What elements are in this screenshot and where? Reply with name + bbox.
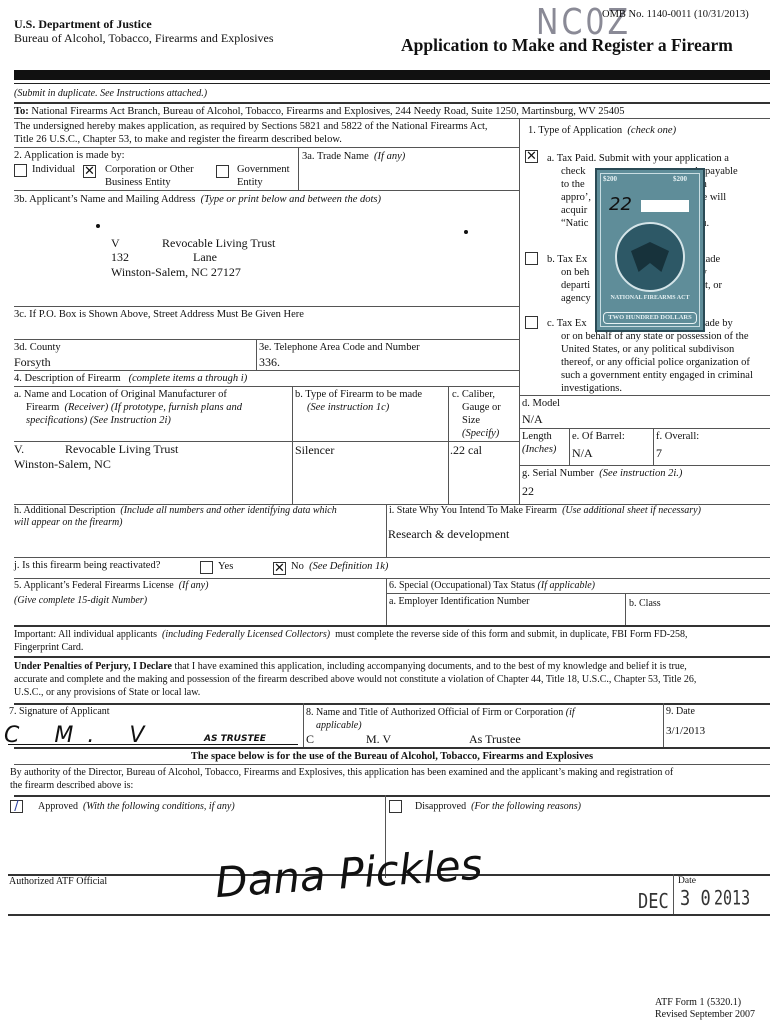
to-line: To: National Firearms Act Branch, Bureau…	[14, 105, 625, 118]
important-text: Fingerprint Card.	[14, 641, 770, 654]
manufacturer-value: Revocable Living Trust	[65, 442, 178, 457]
atf-use-banner: The space below is for the use of the Bu…	[14, 750, 770, 763]
overall-length-label: f. Overall:	[656, 430, 699, 443]
corporation-label: Corporation or Other Business Entity	[105, 163, 215, 189]
divider	[292, 386, 293, 504]
stamp-value-left: $200	[603, 175, 617, 184]
undersigned-line1: The undersigned hereby makes application…	[14, 120, 488, 133]
reactivated-no-label: No (See Definition 1k)	[291, 560, 388, 573]
disapproved-label: Disapproved (For the following reasons)	[415, 801, 581, 814]
type-hint: (See instruction 1c)	[295, 401, 422, 414]
divider	[519, 465, 770, 466]
tax-paid-checkbox[interactable]: ✕	[525, 150, 538, 163]
government-label: Government Entity	[237, 163, 297, 189]
serial-value: 22	[522, 484, 534, 499]
item3b-label: 3b. Applicant’s Name and Mailing Address…	[14, 193, 381, 206]
address-hint: (Type or print below and between the dot…	[201, 194, 381, 205]
omb-number: OMB No. 1140-0011 (10/31/2013)	[602, 8, 749, 21]
individual-label: Individual	[32, 163, 75, 176]
caliber-hint: (Specify)	[452, 427, 501, 440]
divider	[653, 428, 654, 465]
item3a-label: 3a. Trade Name (If any)	[302, 150, 405, 163]
divider	[519, 118, 520, 504]
divider	[14, 795, 770, 797]
divider	[256, 339, 257, 370]
divider	[14, 386, 519, 387]
date-stamp-day: 3 0	[680, 887, 711, 913]
stamp-nfa-text: NATIONAL FIREARMS ACT	[605, 295, 695, 303]
sot-hint: (If applicable)	[538, 580, 595, 591]
serial-label-text: g. Serial Number	[522, 468, 594, 479]
to-label: To:	[14, 106, 29, 117]
trade-name-label: 3a. Trade Name	[302, 151, 369, 162]
divider	[8, 914, 770, 916]
divider	[14, 339, 519, 340]
description-label: 4. Description of Firearm	[14, 373, 121, 384]
official-name: M. V	[366, 732, 391, 747]
divider	[386, 504, 387, 557]
stamp-denomination: TWO HUNDRED DOLLARS	[603, 312, 697, 324]
perjury-bold: Under Penalties of Perjury, I Declare	[14, 661, 172, 672]
government-checkbox[interactable]	[216, 165, 229, 178]
item1-label: 1. Type of Application (check one)	[528, 124, 676, 137]
caliber-label: Size	[452, 414, 501, 427]
applicant-signature: C M. V	[4, 722, 158, 750]
approved-label: Approved (With the following conditions,…	[38, 801, 235, 814]
authority-text: the firearm described above is:	[10, 779, 673, 792]
no-label: No	[291, 561, 304, 572]
serial-label: g. Serial Number (See instruction 2i.)	[522, 467, 682, 480]
model-value: N/A	[522, 412, 543, 427]
divider	[569, 428, 570, 465]
date-label: 9. Date	[666, 706, 695, 719]
option-c-line: investigations.	[547, 382, 753, 395]
atf-official-signature: Dana Pickles	[213, 839, 484, 910]
divider	[673, 874, 674, 914]
perjury-text: accurate and complete and the making and…	[14, 673, 770, 686]
stamp-value-right: $200	[673, 175, 687, 184]
ffl-label: 5. Applicant’s Federal Firearms License	[14, 580, 174, 591]
caliber-label: Gauge or	[452, 401, 501, 414]
divider	[14, 625, 770, 627]
definition-hint: (See Definition 1k)	[309, 561, 388, 572]
ffl-hint: (If any)	[179, 580, 209, 591]
length-hint: (Inches)	[522, 443, 556, 456]
perjury-text: U.S.C., or any provisions of State or lo…	[14, 686, 770, 699]
divider	[519, 428, 770, 429]
tax-exempt-c-checkbox[interactable]	[525, 316, 538, 329]
perjury-declaration: Under Penalties of Perjury, I Declare th…	[14, 660, 770, 699]
divider	[14, 557, 770, 558]
official-first-initial: C	[306, 732, 314, 747]
divider	[303, 703, 304, 747]
reactivated-yes-checkbox[interactable]	[200, 561, 213, 574]
option-a-line: a. Tax Paid. Submit with your applicatio…	[547, 152, 738, 165]
reactivated-no-checkbox[interactable]: ✕	[273, 562, 286, 575]
important-note: Important: All individual applicants (in…	[14, 628, 770, 654]
divider	[519, 395, 770, 396]
reason-hint: (Use additional sheet if necessary)	[562, 505, 701, 516]
eagle-seal-icon	[615, 222, 685, 292]
agency-name: U.S. Department of Justice	[14, 17, 152, 32]
important-hint: (including Federally Licensed Collectors…	[162, 629, 330, 640]
divider	[14, 578, 770, 579]
option-c-line: United States, or any political subdivis…	[547, 343, 753, 356]
signature-underline	[8, 744, 298, 745]
authority-text: By authority of the Director, Bureau of …	[10, 766, 673, 779]
address-line2-street: Lane	[193, 250, 217, 265]
class-label: b. Class	[629, 598, 661, 611]
phone-value: 336.	[259, 355, 280, 370]
important-lead: Important: All individual applicants	[14, 629, 157, 640]
manufacturer-label: Firearm	[26, 402, 59, 413]
item5-label: 5. Applicant’s Federal Firearms License …	[14, 580, 208, 593]
item1-hint: (check one)	[627, 125, 676, 136]
form-revision: Revised September 2007	[655, 1009, 755, 1021]
individual-checkbox[interactable]	[14, 164, 27, 177]
tax-exempt-b-checkbox[interactable]	[525, 252, 538, 265]
address-line2-number: 132	[111, 250, 129, 265]
divider	[14, 747, 770, 749]
manufacturer-hint: specifications) (See Instruction 2i)	[14, 414, 242, 427]
item4h-label: h. Additional Description (Include all n…	[14, 505, 337, 529]
divider	[14, 370, 519, 371]
divider	[14, 118, 770, 119]
undersigned-line2: Title 26 U.S.C., Chapter 53, to make and…	[14, 133, 342, 146]
address-line3: Winston-Salem, NC 27127	[111, 265, 241, 280]
corporation-checkbox[interactable]: ✕	[83, 165, 96, 178]
address-line1-prefix: V	[111, 236, 120, 251]
approved-hint: (With the following conditions, if any)	[83, 801, 235, 812]
divider	[14, 306, 519, 307]
dot-marker-left	[96, 224, 100, 228]
divider	[14, 764, 770, 765]
type-label: b. Type of Firearm to be made	[295, 388, 422, 401]
manufacturer-value-prefix: V.	[14, 442, 24, 457]
signature-label: 7. Signature of Applicant	[9, 706, 110, 719]
disapproved-checkbox[interactable]	[389, 800, 402, 813]
form-number: ATF Form 1 (5320.1)	[655, 997, 755, 1009]
redaction-box	[641, 200, 689, 212]
caliber-value: .22 cal	[450, 443, 482, 458]
bureau-name: Bureau of Alcohol, Tobacco, Firearms and…	[14, 31, 274, 46]
official-title: As Trustee	[469, 732, 521, 747]
sot-label: 6. Special (Occupational) Tax Status	[389, 580, 535, 591]
overall-length-value: 7	[656, 446, 662, 461]
county-label: 3d. County	[14, 341, 61, 354]
model-label: d. Model	[522, 397, 560, 410]
divider	[14, 102, 770, 104]
barrel-length-label: e. Of Barrel:	[572, 430, 625, 443]
to-address: National Firearms Act Branch, Bureau of …	[31, 106, 624, 117]
title-rule-thin	[14, 83, 770, 84]
divider	[386, 578, 387, 625]
item1-title: 1. Type of Application	[528, 125, 622, 136]
perjury-text: that I have examined this application, i…	[174, 661, 686, 672]
description-hint: (complete items a through i)	[129, 373, 248, 384]
disapproved-hint: (For the following reasons)	[471, 801, 581, 812]
option-c-line: such a government entity engaged in crim…	[547, 369, 753, 382]
official-name-hint: (if	[566, 707, 575, 718]
length-label: Length	[522, 430, 552, 443]
manufacturer-label: a. Name and Location of Original Manufac…	[14, 388, 242, 401]
date-stamp-month: DEC	[638, 890, 669, 916]
address-label: 3b. Applicant’s Name and Mailing Address	[14, 194, 195, 205]
approved-text: Approved	[38, 801, 78, 812]
manufacturer-location: Winston-Salem, NC	[14, 457, 111, 472]
divider	[663, 703, 664, 747]
submit-note: (Submit in duplicate. See Instructions a…	[14, 88, 207, 101]
nfa-tax-stamp: $200 $200 22 NATIONAL FIREARMS ACT TWO H…	[595, 168, 705, 332]
additional-desc-label: h. Additional Description	[14, 505, 115, 516]
divider	[625, 593, 626, 625]
divider	[14, 656, 770, 658]
reactivated-label: j. Is this firearm being reactivated?	[14, 559, 160, 572]
item4a-label: a. Name and Location of Original Manufac…	[14, 388, 242, 427]
official-name-hint: applicable)	[306, 719, 575, 732]
divider	[448, 386, 449, 504]
date-stamp-year: 2013	[714, 886, 750, 910]
divider	[14, 190, 519, 191]
item6-label: 6. Special (Occupational) Tax Status (If…	[389, 580, 595, 593]
address-line1: Revocable Living Trust	[162, 236, 275, 251]
approved-checkbox[interactable]: /	[10, 800, 23, 813]
reactivated-yes-label: Yes	[218, 560, 233, 573]
barrel-length-value: N/A	[572, 446, 593, 461]
item4c-label: c. Caliber, Gauge or Size (Specify)	[452, 388, 501, 440]
item4-label: 4. Description of Firearm (complete item…	[14, 372, 247, 385]
reason-label: i. State Why You Intend To Make Firearm	[389, 505, 557, 516]
atf-authority: By authority of the Director, Bureau of …	[10, 766, 673, 792]
dot-marker-right	[464, 230, 468, 234]
option-c-line: thereof, or any official police organiza…	[547, 356, 753, 369]
item3c-label: 3c. If P.O. Box is Shown Above, Street A…	[14, 308, 304, 321]
form-footer: ATF Form 1 (5320.1) Revised September 20…	[655, 997, 755, 1021]
ffl-sub-hint: (Give complete 15-digit Number)	[14, 595, 147, 608]
important-text: must complete the reverse side of this f…	[335, 629, 687, 640]
item2-label: 2. Application is made by:	[14, 149, 125, 162]
additional-desc-hint: (Include all numbers and other identifyi…	[120, 505, 336, 516]
atf-official-label: Authorized ATF Official	[9, 876, 107, 889]
phone-label: 3e. Telephone Area Code and Number	[259, 341, 420, 354]
official-name-label: 8. Name and Title of Authorized Official…	[306, 707, 563, 718]
reason-value: Research & development	[388, 527, 509, 542]
date-value: 3/1/2013	[666, 725, 705, 739]
trade-name-hint: (If any)	[374, 151, 405, 162]
stamp-handwritten: 22	[609, 194, 632, 217]
additional-desc-hint: will appear on the firearm)	[14, 517, 337, 529]
firearm-type-value: Silencer	[295, 443, 334, 458]
county-value: Forsyth	[14, 355, 51, 370]
serial-hint: (See instruction 2i.)	[599, 468, 682, 479]
disapproved-text: Disapproved	[415, 801, 466, 812]
ein-label: a. Employer Identification Number	[389, 596, 530, 609]
divider	[386, 593, 770, 594]
divider	[14, 703, 770, 705]
form-title: Application to Make and Register a Firea…	[401, 35, 733, 57]
divider	[14, 147, 519, 148]
item8-label: 8. Name and Title of Authorized Official…	[306, 706, 575, 732]
divider	[298, 147, 299, 190]
title-rule	[14, 70, 770, 80]
item4b-label: b. Type of Firearm to be made (See instr…	[295, 388, 422, 414]
item4i-label: i. State Why You Intend To Make Firearm …	[389, 505, 701, 518]
caliber-label: c. Caliber,	[452, 388, 501, 401]
manufacturer-hint: (Receiver) (If prototype, furnish plans …	[65, 402, 243, 413]
